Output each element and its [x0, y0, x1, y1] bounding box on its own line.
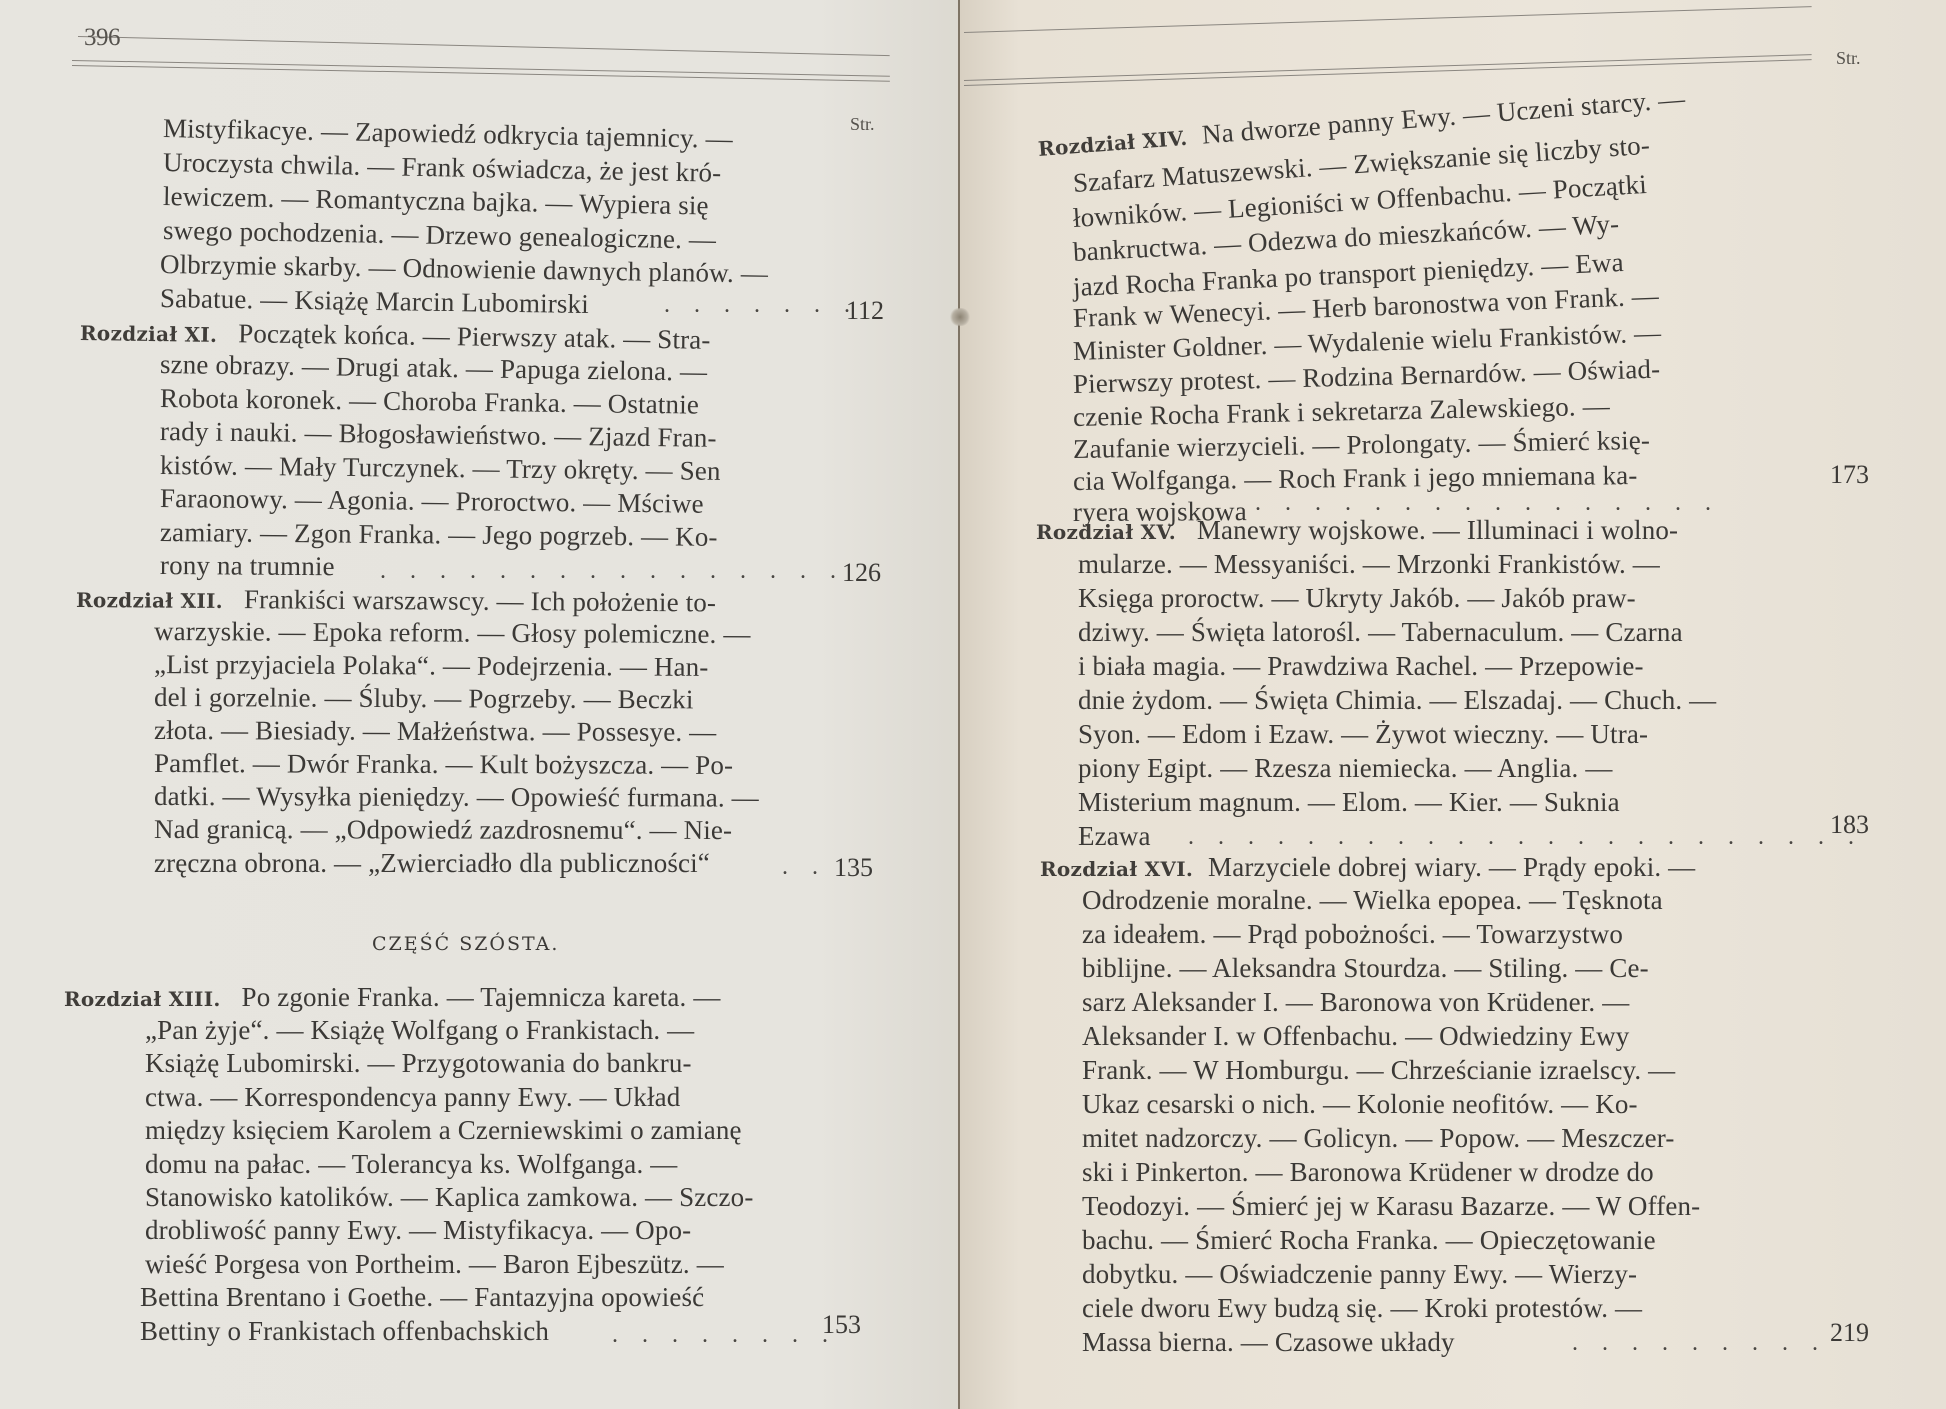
toc-line: Ukaz cesarski o nich. — Kolonie neofitów… — [1082, 1089, 1638, 1119]
toc-line: Misterium magnum. — Elom. — Kier. — Sukn… — [1078, 787, 1620, 817]
toc-line: Rozdział XVI. Marzyciele dobrej wiary. —… — [1040, 852, 1695, 884]
chapter-title-start: Manewry wojskowe. — Illuminaci i wolno- — [1197, 515, 1678, 545]
toc-page-number: 219 — [1830, 1318, 1869, 1348]
toc-line: swego pochodzenia. — Drzewo genealogiczn… — [163, 215, 717, 255]
str-column-label-right: Str. — [1836, 48, 1861, 69]
toc-line: bachu. — Śmierć Rocha Franka. — Opieczęt… — [1082, 1225, 1656, 1255]
toc-line: Zaufanie wierzycieli. — Prolongaty. — Śm… — [1073, 425, 1650, 464]
toc-line: rady i nauki. — Błogosławieństwo. — Zjaz… — [160, 416, 717, 453]
left-page: 396 Str. Mistyfikacye. — Zapowiedź odkry… — [0, 0, 960, 1409]
toc-line: Stanowisko katolików. — Kaplica zamkowa.… — [145, 1182, 753, 1212]
toc-line: dnie żydom. — Święta Chimia. — Elszadaj.… — [1078, 685, 1716, 715]
dot-leader: . . . . . . . . . . . . . . . . . . . . … — [1188, 824, 1863, 851]
toc-line: Rozdział XV. Manewry wojskowe. — Illumin… — [1036, 515, 1678, 547]
toc-line: dziwy. — Święta latorośl. — Tabernaculum… — [1078, 617, 1683, 647]
toc-line: zamiary. — Zgon Franka. — Jego pogrzeb. … — [160, 517, 718, 552]
toc-page-number: 183 — [1830, 810, 1869, 840]
book-gutter — [958, 0, 960, 1409]
dot-leader: . . — [782, 854, 827, 881]
toc-line: dobytku. — Oświadczenie panny Ewy. — Wie… — [1082, 1259, 1637, 1289]
toc-line: Rozdział XIII. Po zgonie Franka. — Tajem… — [64, 982, 720, 1014]
toc-line: Rozdział XII. Frankiści warszawscy. — Ic… — [76, 583, 716, 619]
toc-line: Bettiny o Frankistach offenbachskich — [140, 1316, 549, 1346]
page-number-left: 396 — [84, 24, 120, 52]
chapter-label: Rozdział XII. — [76, 588, 223, 613]
toc-line: Nad granicą. — „Odpowiedź zazdrosnemu“. … — [154, 814, 732, 845]
toc-line: Bettina Brentano i Goethe. — Fantazyjna … — [140, 1282, 704, 1312]
header-rule-top — [964, 6, 1812, 33]
toc-line: i biała magia. — Prawdziwa Rachel. — Prz… — [1078, 651, 1644, 681]
str-column-label-left: Str. — [850, 114, 875, 135]
header-rule-double-1 — [964, 54, 1812, 81]
chapter-label: Rozdział XIV. — [1037, 126, 1188, 161]
toc-line: za ideałem. — Prąd pobożności. — Towarzy… — [1082, 919, 1623, 949]
toc-page-number: 153 — [822, 1310, 861, 1340]
toc-line: między księciem Karolem a Czerniewskimi … — [145, 1115, 742, 1145]
toc-line: Pamflet. — Dwór Franka. — Kult bożyszcza… — [154, 748, 733, 780]
chapter-label: Rozdział XV. — [1036, 520, 1176, 544]
header-rule-double-2 — [964, 59, 1812, 86]
dot-leader: . . . . . . . . . — [1572, 1330, 1827, 1357]
toc-line: czenie Rocha Frank i sekretarza Zalewski… — [1073, 391, 1610, 432]
dot-leader: . . . . . . . . — [612, 1322, 837, 1349]
dot-leader: . . . . . . . . . . . . . . . . — [380, 558, 845, 585]
chapter-title-start: Po zgonie Franka. — Tajemnicza kareta. — — [242, 982, 721, 1012]
chapter-title-start: Frankiści warszawscy. — Ich położenie to… — [244, 584, 716, 617]
toc-line: ciele dworu Ewy budzą się. — Kroki prote… — [1082, 1293, 1642, 1323]
toc-line: mularze. — Messyaniści. — Mrzonki Franki… — [1078, 549, 1660, 579]
part-title: CZĘŚĆ SZÓSTA. — [372, 933, 559, 955]
toc-line: Aleksander I. w Offenbachu. — Odwiedziny… — [1082, 1021, 1629, 1051]
toc-line: „List przyjaciela Polaka“. — Podejrzenia… — [154, 649, 709, 682]
toc-line: drobliwość panny Ewy. — Mistyfikacya. — … — [145, 1215, 691, 1245]
toc-line: Faraonowy. — Agonia. — Proroctwo. — Mści… — [160, 483, 704, 519]
chapter-label: Rozdział XI. — [80, 321, 218, 347]
toc-line: domu na pałac. — Tolerancya ks. Wolfgang… — [145, 1149, 677, 1179]
toc-line: wieść Porgesa von Portheim. — Baron Ejbe… — [145, 1249, 724, 1279]
toc-line: szne obrazy. — Drugi atak. — Papuga ziel… — [160, 349, 708, 387]
toc-line: ski i Pinkerton. — Baronowa Krüdener w d… — [1082, 1157, 1654, 1187]
toc-line: Sabatue. — Książę Marcin Lubomirski — [160, 283, 589, 319]
toc-line: Olbrzymie skarby. — Odnowienie dawnych p… — [160, 249, 768, 289]
toc-line: Robota koronek. — Choroba Franka. — Osta… — [160, 383, 699, 420]
dot-leader: . . . . . . . — [664, 292, 859, 319]
header-rule-top — [78, 36, 890, 56]
toc-page-number: 126 — [842, 558, 881, 588]
toc-line: datki. — Wysyłka pieniędzy. — Opowieść f… — [154, 781, 759, 813]
toc-line: Syon. — Edom i Ezaw. — Żywot wieczny. — … — [1078, 719, 1648, 749]
toc-page-number: 112 — [846, 296, 884, 326]
toc-page-number: 173 — [1830, 460, 1869, 490]
toc-line: złota. — Biesiady. — Małżeństwa. — Posse… — [154, 715, 716, 747]
toc-line: rony na trumnie — [160, 550, 335, 581]
toc-line: mitet nadzorczy. — Golicyn. — Popow. — M… — [1082, 1123, 1675, 1153]
toc-line: del i gorzelnie. — Śluby. — Pogrzeby. — … — [154, 682, 694, 714]
toc-line: ctwa. — Korrespondencya panny Ewy. — Ukł… — [145, 1082, 680, 1112]
toc-line: Massa bierna. — Czasowe układy — [1082, 1327, 1455, 1357]
toc-line: biblijne. — Aleksandra Stourdza. — Stili… — [1082, 953, 1649, 983]
toc-line: Odrodzenie moralne. — Wielka epopea. — T… — [1082, 885, 1663, 915]
toc-line: Księga proroctw. — Ukryty Jakób. — Jakób… — [1078, 583, 1636, 613]
toc-line: Frank. — W Homburgu. — Chrześcianie izra… — [1082, 1055, 1675, 1085]
toc-line: warzyskie. — Epoka reform. — Głosy polem… — [154, 616, 751, 649]
toc-line: zręczna obrona. — „Zwierciadło dla publi… — [154, 848, 710, 878]
dot-leader: . . . . . . . . . . . . . . . . — [1255, 490, 1720, 517]
toc-line: Teodozyi. — Śmierć jej w Karasu Bazarze.… — [1082, 1191, 1700, 1221]
toc-line: Ezawa — [1078, 821, 1151, 851]
toc-page-number: 135 — [834, 853, 873, 883]
binding-mark — [950, 308, 970, 326]
toc-line: lewiczem. — Romantyczna bajka. — Wypiera… — [163, 181, 709, 221]
chapter-title-start: Początek końca. — Pierwszy atak. — Stra- — [238, 318, 711, 355]
chapter-title-start: Marzyciele dobrej wiary. — Prądy epoki. … — [1208, 852, 1695, 882]
chapter-label: Rozdział XIII. — [64, 987, 221, 1011]
toc-line: „Pan żyje“. — Książę Wolfgang o Frankist… — [145, 1015, 694, 1045]
toc-line: piony Egipt. — Rzesza niemiecka. — Angli… — [1078, 753, 1612, 783]
toc-line: kistów. — Mały Turczynek. — Trzy okręty.… — [160, 450, 721, 486]
toc-line: sarz Aleksander I. — Baronowa von Krüden… — [1082, 987, 1629, 1017]
right-page: Str. Rozdział XIV. Na dworze panny Ewy. … — [960, 0, 1946, 1409]
chapter-label: Rozdział XVI. — [1040, 857, 1193, 881]
toc-line: Książę Lubomirski. — Przygotowania do ba… — [145, 1048, 692, 1078]
